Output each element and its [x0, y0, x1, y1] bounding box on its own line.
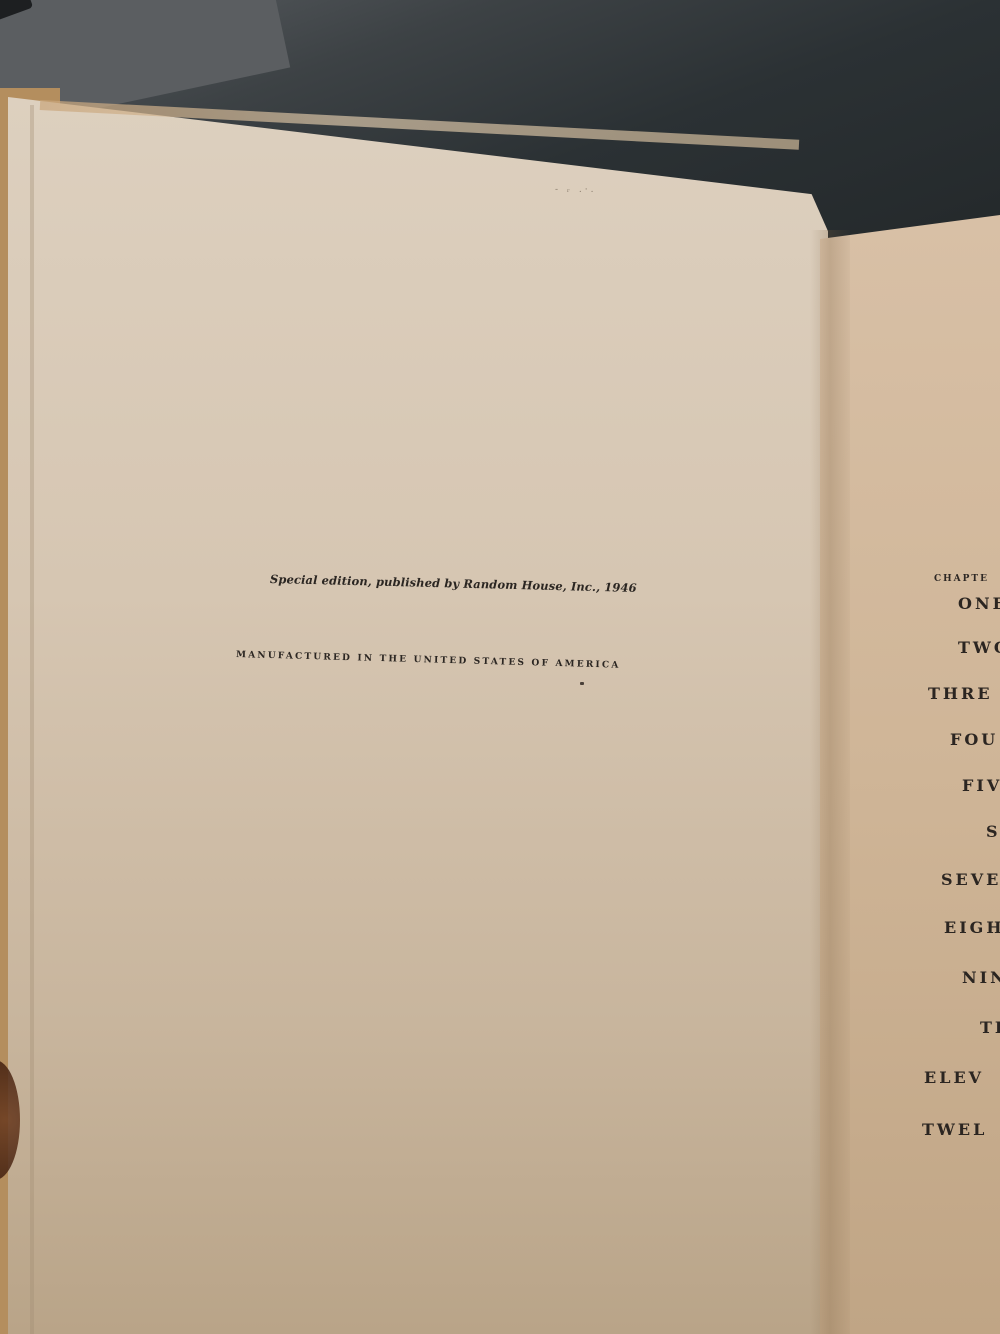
box-print-mark: [0, 0, 33, 28]
page-stack-edge: [30, 105, 34, 1334]
left-page: [8, 95, 828, 1334]
print-mark: [580, 682, 584, 685]
toc-item: TE: [980, 1018, 1000, 1037]
toc-item: TWEL: [922, 1120, 987, 1139]
toc-item: ONE: [958, 594, 1000, 613]
page-smudge: - ᵣ .·.: [555, 185, 596, 195]
toc-item: S: [986, 822, 1000, 841]
toc-item: TWO: [958, 638, 1000, 657]
toc-item: FIV: [962, 776, 1000, 795]
toc-item: EIGH: [944, 918, 1000, 937]
toc-heading: CHAPTE: [934, 574, 989, 584]
toc-item: THRE: [928, 684, 993, 703]
toc-item: NIN: [962, 968, 1000, 987]
toc-item: SEVE: [941, 870, 1000, 889]
toc-item: FOU: [950, 730, 998, 749]
table-of-contents: CHAPTE ONE TWO THRE FOU FIV S SEVE EIGH …: [820, 560, 1000, 1180]
toc-item: ELEV: [924, 1068, 984, 1087]
